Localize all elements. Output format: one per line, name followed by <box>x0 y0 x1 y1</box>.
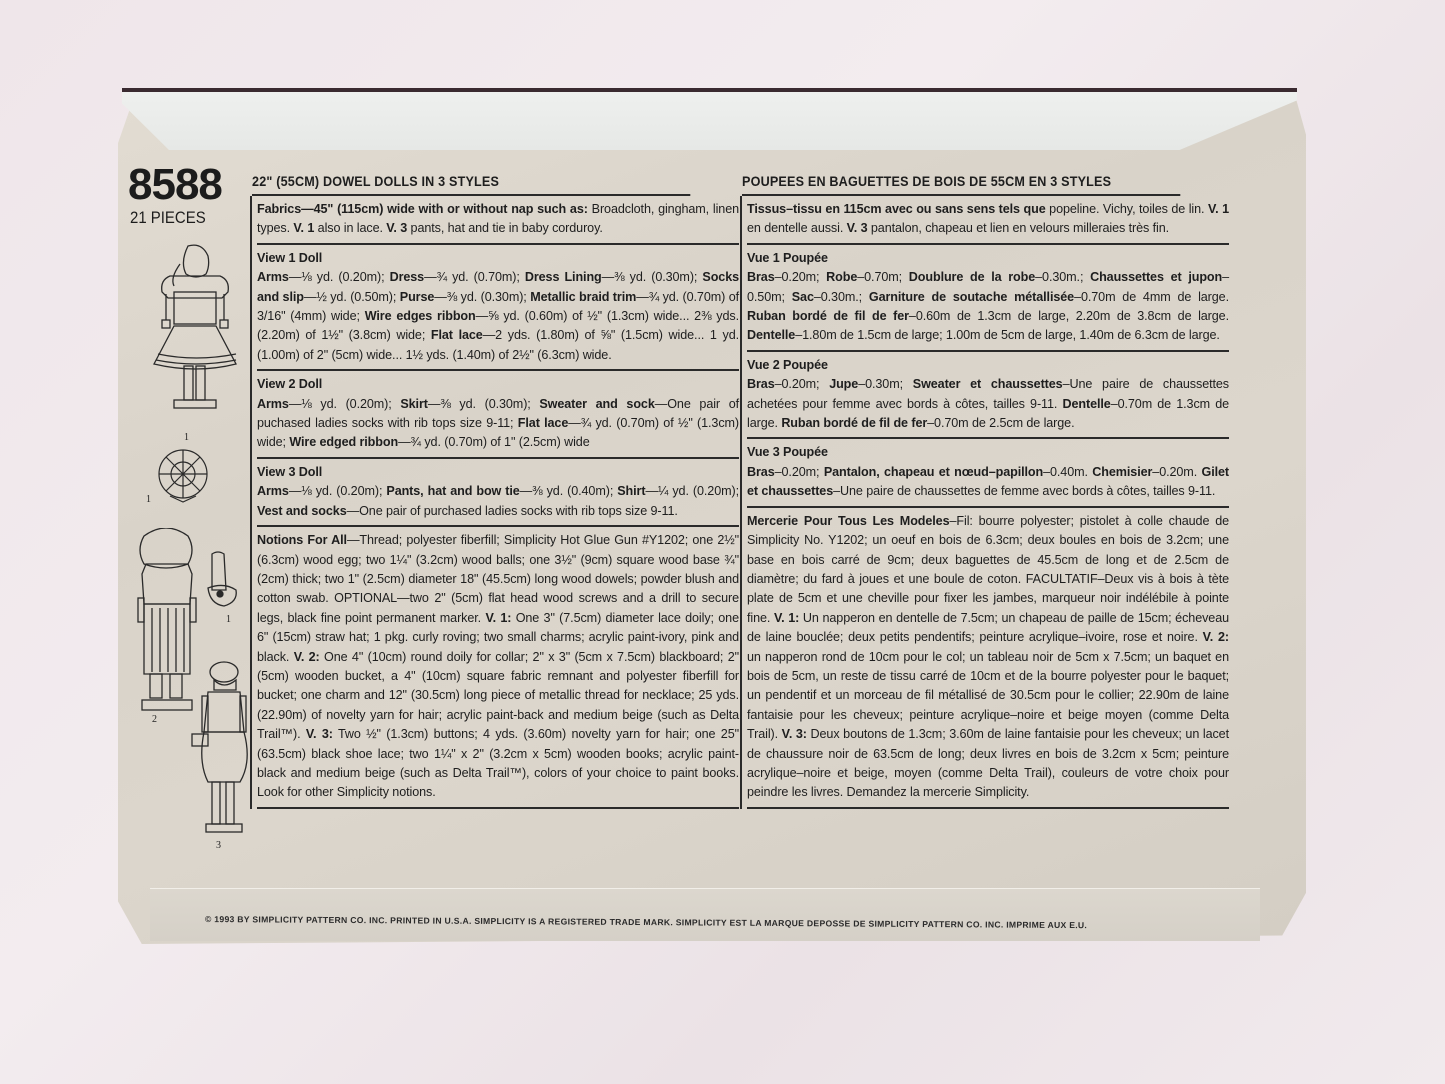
section-heading: Vue 3 Poupée <box>747 443 1229 462</box>
bold-term: Socks and slip <box>257 270 739 303</box>
bold-term: Shirt <box>617 484 645 498</box>
illustration-label: 1 <box>184 432 189 443</box>
bold-term: Pantalon, chapeau et nœud–papillon <box>824 465 1043 479</box>
bold-term: Dress Lining <box>525 270 602 284</box>
bold-term: Dentelle <box>747 328 795 342</box>
illustration-label: 1 <box>226 614 231 625</box>
section-heading: Vue 2 Poupée <box>747 356 1229 375</box>
bold-term: Robe <box>826 270 857 284</box>
bold-term: Vest and socks <box>257 504 347 518</box>
english-title: 22" (55CM) DOWEL DOLLS IN 3 STYLES <box>252 170 690 196</box>
french-section: Tissus–tissu en 115cm avec ou sans sens … <box>747 196 1229 245</box>
bold-term: Mercerie Pour Tous Les Modeles <box>747 514 950 528</box>
english-section: Fabrics—45" (115cm) wide with or without… <box>257 196 739 245</box>
bold-term: Metallic braid trim <box>530 290 636 304</box>
bold-term: V. 2: <box>1203 630 1229 644</box>
english-section: View 2 DollArms—⅛ yd. (0.20m); Skirt—⅜ y… <box>257 371 739 459</box>
bold-term: Wire edges ribbon <box>365 309 476 323</box>
section-heading: Vue 1 Poupée <box>747 249 1229 268</box>
bold-term: Doublure de la robe <box>909 270 1035 284</box>
bold-term: Tissus–tissu en 115cm avec ou sans sens … <box>747 202 1046 216</box>
bold-term: Notions For All <box>257 533 347 547</box>
bold-term: V. 3: <box>782 727 807 741</box>
pattern-number: 8588 <box>128 163 222 207</box>
illustration-label: 2 <box>152 714 157 725</box>
bold-term: V. 3 <box>386 221 407 235</box>
bold-term: Arms <box>257 397 289 411</box>
french-column: POUPEES EN BAGUETTES DE BOIS DE 55CM EN … <box>747 170 1229 809</box>
bold-term: Sac <box>792 290 814 304</box>
bold-term: Chaussettes et jupon <box>1090 270 1222 284</box>
bold-term: V. 3 <box>847 221 868 235</box>
bold-term: Dress <box>390 270 425 284</box>
doll-view-3-illustration <box>190 660 254 844</box>
bold-term: Flat lace <box>518 416 568 430</box>
bold-term: Chemisier <box>1092 465 1152 479</box>
english-sections: Fabrics—45" (115cm) wide with or without… <box>250 196 739 809</box>
envelope-top-flap <box>122 88 1297 150</box>
section-heading: View 2 Doll <box>257 375 739 394</box>
english-column: 22" (55CM) DOWEL DOLLS IN 3 STYLES Fabri… <box>257 170 739 809</box>
bold-term: V. 1: <box>774 611 799 625</box>
bold-term: Flat lace <box>431 328 483 342</box>
french-section: Vue 2 PoupéeBras–0.20m; Jupe–0.30m; Swea… <box>747 352 1229 440</box>
pieces-count: 21 PIECES <box>130 208 206 228</box>
bold-term: Bras <box>747 377 775 391</box>
bold-term: V. 1: <box>485 611 511 625</box>
french-section: Mercerie Pour Tous Les Modeles–Fil: bour… <box>747 508 1229 809</box>
french-section: Vue 1 PoupéeBras–0.20m; Robe–0.70m; Doub… <box>747 245 1229 352</box>
bold-term: Arms <box>257 484 289 498</box>
bold-term: V. 1 <box>293 221 314 235</box>
bold-term: V. 1 <box>1208 202 1229 216</box>
english-section: View 1 DollArms—⅛ yd. (0.20m); Dress—¾ y… <box>257 245 739 371</box>
section-heading: View 3 Doll <box>257 463 739 482</box>
bold-term: Dentelle <box>1062 397 1110 411</box>
doll-view-1-illustration <box>140 242 250 442</box>
french-sections: Tissus–tissu en 115cm avec ou sans sens … <box>740 196 1229 809</box>
bold-term: Pants, hat and bow tie <box>386 484 519 498</box>
bold-term: Purse <box>400 290 435 304</box>
doll-view-1-purse-illustration <box>200 550 240 620</box>
doll-view-1-hat-illustration <box>148 446 218 508</box>
bold-term: Sweater et chaussettes <box>913 377 1063 391</box>
bold-term: Sweater and sock <box>539 397 654 411</box>
bold-term: Bras <box>747 270 775 284</box>
bold-term: V. 3: <box>306 727 333 741</box>
bold-term: Jupe <box>829 377 858 391</box>
section-heading: View 1 Doll <box>257 249 739 268</box>
bold-term: Fabrics—45" (115cm) wide with or without… <box>257 202 588 216</box>
illustration-label: 1 <box>146 494 151 505</box>
french-section: Vue 3 PoupéeBras–0.20m; Pantalon, chapea… <box>747 439 1229 507</box>
english-section: Notions For All—Thread; polyester fiberf… <box>257 527 739 809</box>
bold-term: Arms <box>257 270 289 284</box>
bold-term: Ruban bordé de fil de fer <box>747 309 909 323</box>
french-title: POUPEES EN BAGUETTES DE BOIS DE 55CM EN … <box>742 170 1180 196</box>
bold-term: Ruban bordé de fil de fer <box>781 416 927 430</box>
bold-term: Garniture de soutache métallisée <box>869 290 1074 304</box>
bold-term: Skirt <box>400 397 428 411</box>
english-section: View 3 DollArms—⅛ yd. (0.20m); Pants, ha… <box>257 459 739 527</box>
bold-term: V. 2: <box>294 650 320 664</box>
bold-term: Wire edged ribbon <box>289 435 398 449</box>
bold-term: Bras <box>747 465 775 479</box>
illustration-label: 3 <box>216 840 221 851</box>
